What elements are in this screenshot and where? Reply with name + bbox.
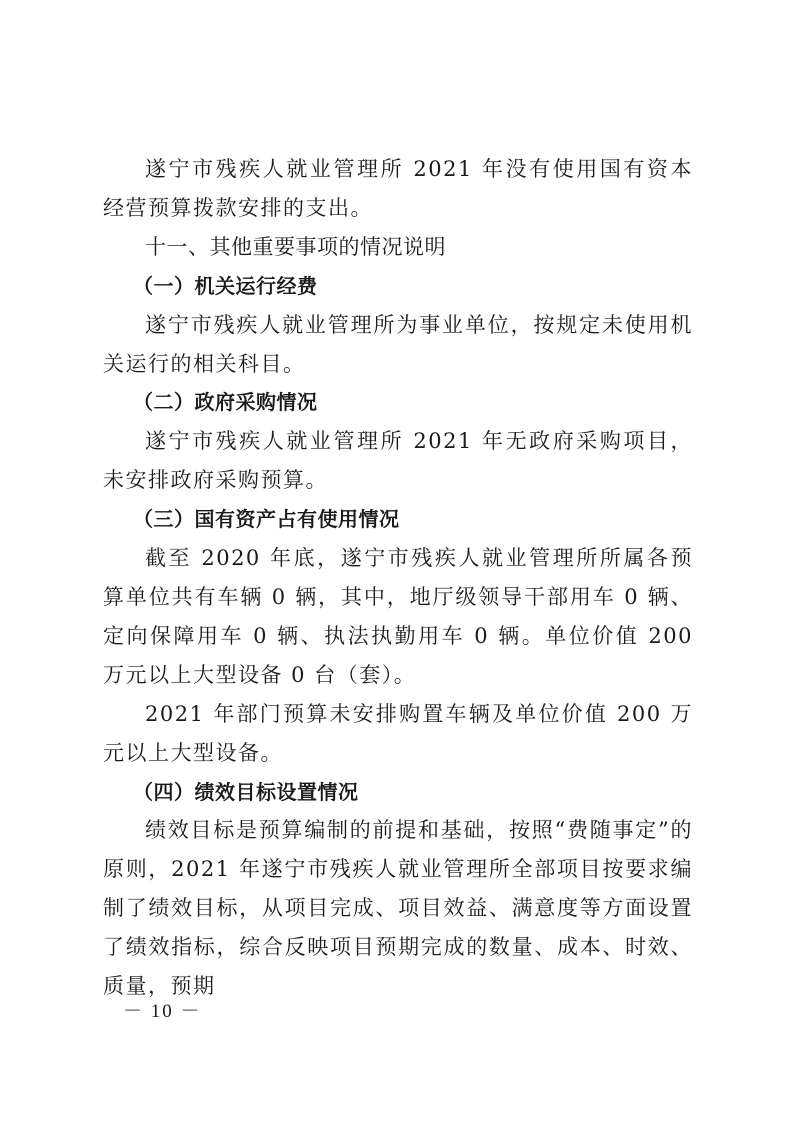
paragraph-state-assets: 截至 2020 年底，遂宁市残疾人就业管理所所属各预算单位共有车辆 0 辆，其中… xyxy=(103,539,693,695)
paragraph-performance-goals: 绩效目标是预算编制的前提和基础，按照“费随事定”的原则，2021 年遂宁市残疾人… xyxy=(103,811,693,1006)
paragraph-state-capital-budget: 遂宁市残疾人就业管理所 2021 年没有使用国有资本经营预算拨款安排的支出。 xyxy=(103,150,693,228)
section-heading-other-matters: 十一、其他重要事项的情况说明 xyxy=(103,228,693,267)
page-number: － 10 － xyxy=(123,996,202,1023)
paragraph-operating-expenses: 遂宁市残疾人就业管理所为事业单位，按规定未使用机关运行的相关科目。 xyxy=(103,306,693,384)
subheading-state-assets: （三）国有资产占有使用情况 xyxy=(103,500,693,539)
subheading-performance-goals: （四）绩效目标设置情况 xyxy=(103,773,693,812)
subheading-government-procurement: （二）政府采购情况 xyxy=(103,383,693,422)
paragraph-vehicle-purchase: 2021 年部门预算未安排购置车辆及单位价值 200 万元以上大型设备。 xyxy=(103,695,693,773)
subheading-operating-expenses: （一）机关运行经费 xyxy=(103,267,693,306)
paragraph-government-procurement: 遂宁市残疾人就业管理所 2021 年无政府采购项目，未安排政府采购预算。 xyxy=(103,422,693,500)
document-page: 遂宁市残疾人就业管理所 2021 年没有使用国有资本经营预算拨款安排的支出。 十… xyxy=(103,150,693,1006)
